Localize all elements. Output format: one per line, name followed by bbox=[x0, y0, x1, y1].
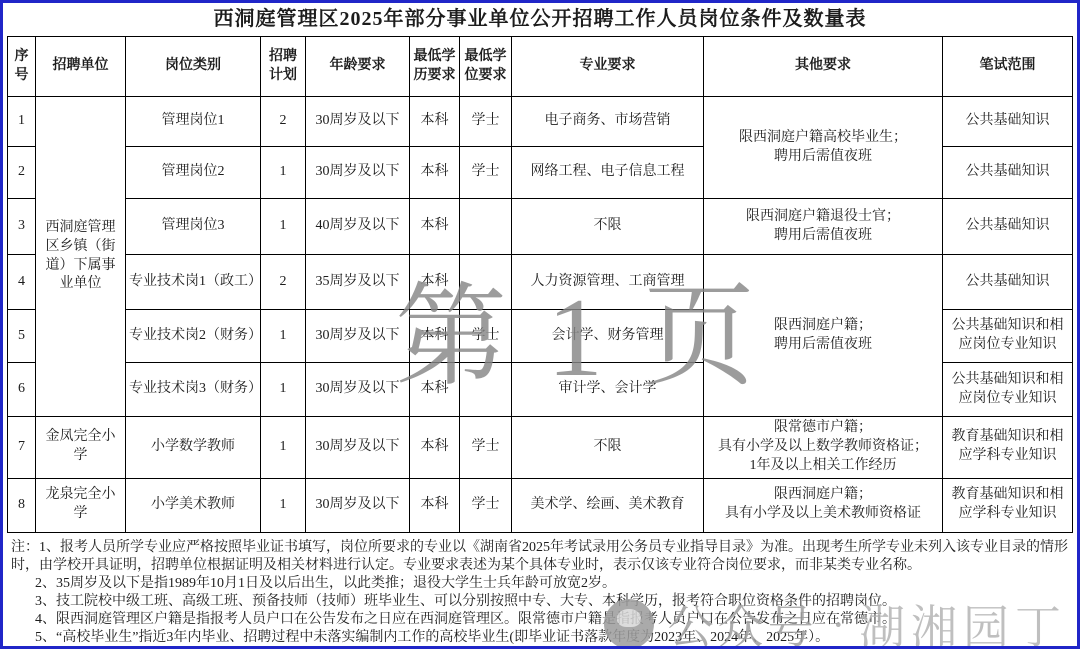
cell-edu: 本科 bbox=[410, 199, 460, 255]
header-unit: 招聘单位 bbox=[36, 37, 126, 97]
cell-age: 30周岁及以下 bbox=[306, 97, 410, 147]
cell-other: 限常德市户籍； 具有小学及以上数学教师资格证； 1年及以上相关工作经历 bbox=[704, 417, 943, 479]
header-major: 专业要求 bbox=[512, 37, 704, 97]
header-edu: 最低学历要求 bbox=[410, 37, 460, 97]
cell-age: 30周岁及以下 bbox=[306, 310, 410, 363]
cell-major: 会计学、财务管理 bbox=[512, 310, 704, 363]
cell-plan: 1 bbox=[261, 363, 306, 417]
header-exam: 笔试范围 bbox=[943, 37, 1073, 97]
cell-exam: 公共基础知识和相应岗位专业知识 bbox=[943, 310, 1073, 363]
cell-exam: 公共基础知识和相应岗位专业知识 bbox=[943, 363, 1073, 417]
header-post: 岗位类别 bbox=[126, 37, 261, 97]
cell-major: 人力资源管理、工商管理 bbox=[512, 255, 704, 310]
cell-post: 小学美术教师 bbox=[126, 478, 261, 532]
cell-plan: 1 bbox=[261, 310, 306, 363]
header-age: 年龄要求 bbox=[306, 37, 410, 97]
header-degree: 最低学位要求 bbox=[460, 37, 512, 97]
note-line: 5、“高校毕业生”指近3年内毕业、招聘过程中未落实编制内工作的高校毕业生(即毕业… bbox=[35, 629, 1077, 647]
cell-unit: 龙泉完全小学 bbox=[36, 478, 126, 532]
cell-seq: 1 bbox=[8, 97, 36, 147]
page-title: 西洞庭管理区2025年部分事业单位公开招聘工作人员岗位条件及数量表 bbox=[3, 3, 1077, 36]
table-row: 4 专业技术岗1（政工） 2 35周岁及以下 本科 人力资源管理、工商管理 限西… bbox=[8, 255, 1073, 310]
cell-degree bbox=[460, 363, 512, 417]
cell-post: 管理岗位3 bbox=[126, 199, 261, 255]
table-row: 1 西洞庭管理区乡镇（街道）下属事业单位 管理岗位1 2 30周岁及以下 本科 … bbox=[8, 97, 1073, 147]
cell-seq: 6 bbox=[8, 363, 36, 417]
cell-plan: 1 bbox=[261, 147, 306, 199]
cell-plan: 1 bbox=[261, 478, 306, 532]
cell-age: 35周岁及以下 bbox=[306, 255, 410, 310]
cell-unit: 金凤完全小学 bbox=[36, 417, 126, 479]
cell-exam: 公共基础知识 bbox=[943, 147, 1073, 199]
cell-degree bbox=[460, 199, 512, 255]
table-row: 7 金凤完全小学 小学数学教师 1 30周岁及以下 本科 学士 不限 限常德市户… bbox=[8, 417, 1073, 479]
note-line: 时，由学校开具证明，招聘单位根据证明及相关材料进行认定。专业要求表述为某个具体专… bbox=[11, 557, 1077, 575]
cell-seq: 2 bbox=[8, 147, 36, 199]
table-row: 3 管理岗位3 1 40周岁及以下 本科 不限 限西洞庭户籍退役士官； 聘用后需… bbox=[8, 199, 1073, 255]
cell-post: 专业技术岗2（财务） bbox=[126, 310, 261, 363]
cell-age: 30周岁及以下 bbox=[306, 417, 410, 479]
note-line: 4、限西洞庭管理区户籍是指报考人员户口在公告发布之日应在西洞庭管理区。限常德市户… bbox=[35, 611, 1077, 629]
cell-major: 电子商务、市场营销 bbox=[512, 97, 704, 147]
cell-post: 管理岗位2 bbox=[126, 147, 261, 199]
cell-degree: 学士 bbox=[460, 147, 512, 199]
cell-exam: 公共基础知识 bbox=[943, 199, 1073, 255]
note-line: 注：1、报考人员所学专业应严格按照毕业证书填写，岗位所要求的专业以《湖南省202… bbox=[11, 539, 1077, 557]
cell-unit: 西洞庭管理区乡镇（街道）下属事业单位 bbox=[36, 97, 126, 417]
cell-major: 网络工程、电子信息工程 bbox=[512, 147, 704, 199]
cell-major: 不限 bbox=[512, 199, 704, 255]
cell-edu: 本科 bbox=[410, 310, 460, 363]
cell-other: 限西洞庭户籍高校毕业生； 聘用后需值夜班 bbox=[704, 97, 943, 199]
cell-post: 管理岗位1 bbox=[126, 97, 261, 147]
cell-age: 30周岁及以下 bbox=[306, 363, 410, 417]
cell-exam: 教育基础知识和相应学科专业知识 bbox=[943, 478, 1073, 532]
cell-plan: 2 bbox=[261, 97, 306, 147]
cell-seq: 3 bbox=[8, 199, 36, 255]
cell-post: 专业技术岗3（财务） bbox=[126, 363, 261, 417]
cell-age: 40周岁及以下 bbox=[306, 199, 410, 255]
cell-other: 限西洞庭户籍退役士官； 聘用后需值夜班 bbox=[704, 199, 943, 255]
cell-plan: 1 bbox=[261, 417, 306, 479]
footnotes: 注：1、报考人员所学专业应严格按照毕业证书填写，岗位所要求的专业以《湖南省202… bbox=[11, 539, 1077, 647]
header-plan: 招聘计划 bbox=[261, 37, 306, 97]
cell-post: 专业技术岗1（政工） bbox=[126, 255, 261, 310]
cell-age: 30周岁及以下 bbox=[306, 147, 410, 199]
cell-post: 小学数学教师 bbox=[126, 417, 261, 479]
cell-plan: 2 bbox=[261, 255, 306, 310]
cell-edu: 本科 bbox=[410, 417, 460, 479]
cell-seq: 4 bbox=[8, 255, 36, 310]
recruitment-table: 序号 招聘单位 岗位类别 招聘计划 年龄要求 最低学历要求 最低学位要求 专业要… bbox=[7, 36, 1073, 533]
cell-degree: 学士 bbox=[460, 478, 512, 532]
cell-edu: 本科 bbox=[410, 255, 460, 310]
cell-other: 限西洞庭户籍； 具有小学及以上美术教师资格证 bbox=[704, 478, 943, 532]
cell-age: 30周岁及以下 bbox=[306, 478, 410, 532]
cell-exam: 公共基础知识 bbox=[943, 255, 1073, 310]
cell-major: 美术学、绘画、美术教育 bbox=[512, 478, 704, 532]
cell-degree bbox=[460, 255, 512, 310]
cell-exam: 教育基础知识和相应学科专业知识 bbox=[943, 417, 1073, 479]
cell-seq: 5 bbox=[8, 310, 36, 363]
recruitment-table-page: 西洞庭管理区2025年部分事业单位公开招聘工作人员岗位条件及数量表 序号 招聘单… bbox=[0, 0, 1080, 649]
note-line: 3、技工院校中级工班、高级工班、预备技师（技师）班毕业生、可以分别按照中专、大专… bbox=[35, 593, 1077, 611]
cell-degree: 学士 bbox=[460, 417, 512, 479]
cell-degree: 学士 bbox=[460, 97, 512, 147]
cell-seq: 8 bbox=[8, 478, 36, 532]
header-seq: 序号 bbox=[8, 37, 36, 97]
cell-other: 限西洞庭户籍； 聘用后需值夜班 bbox=[704, 255, 943, 417]
cell-major: 不限 bbox=[512, 417, 704, 479]
cell-plan: 1 bbox=[261, 199, 306, 255]
header-other: 其他要求 bbox=[704, 37, 943, 97]
table-header-row: 序号 招聘单位 岗位类别 招聘计划 年龄要求 最低学历要求 最低学位要求 专业要… bbox=[8, 37, 1073, 97]
cell-seq: 7 bbox=[8, 417, 36, 479]
cell-edu: 本科 bbox=[410, 147, 460, 199]
table-row: 8 龙泉完全小学 小学美术教师 1 30周岁及以下 本科 学士 美术学、绘画、美… bbox=[8, 478, 1073, 532]
cell-edu: 本科 bbox=[410, 478, 460, 532]
cell-edu: 本科 bbox=[410, 363, 460, 417]
cell-major: 审计学、会计学 bbox=[512, 363, 704, 417]
cell-exam: 公共基础知识 bbox=[943, 97, 1073, 147]
cell-edu: 本科 bbox=[410, 97, 460, 147]
note-line: 2、35周岁及以下是指1989年10月1日及以后出生，以此类推；退役大学生士兵年… bbox=[35, 575, 1077, 593]
cell-degree: 学士 bbox=[460, 310, 512, 363]
